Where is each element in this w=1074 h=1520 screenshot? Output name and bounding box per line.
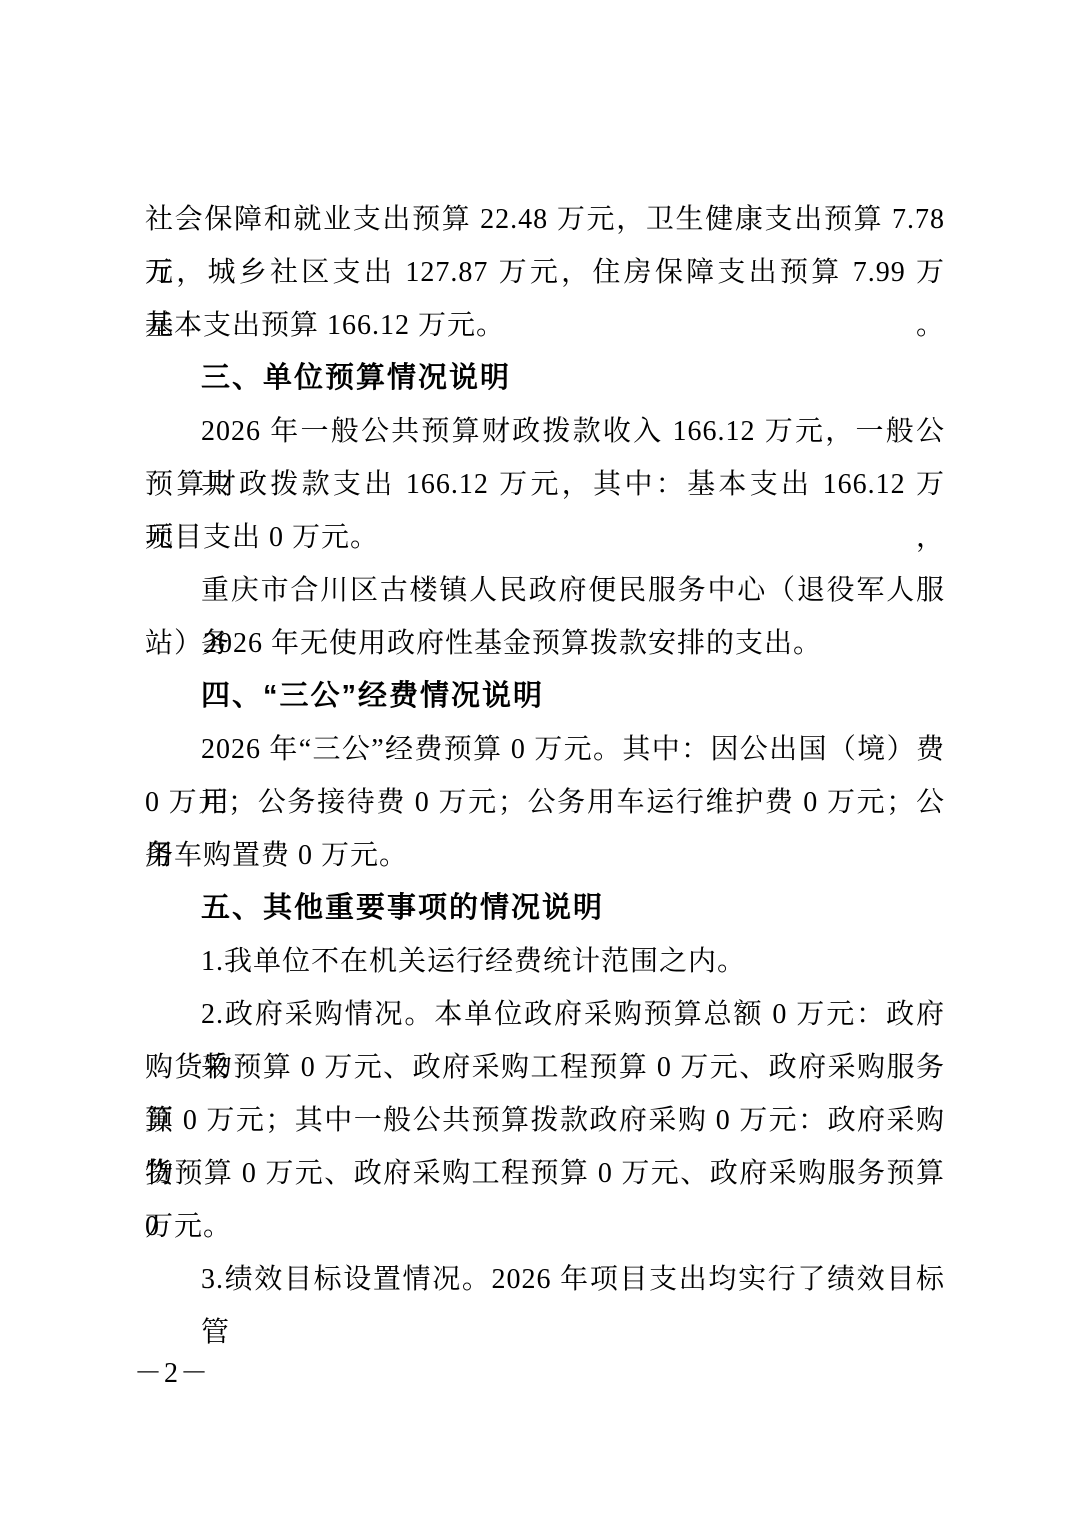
paragraph-line: 0 万元；公务接待费 0 万元；公务用车运行维护费 0 万元；公务 [145,776,945,829]
page-number: －2－ [134,1360,210,1388]
paragraph-line: 购货物预算 0 万元、政府采购工程预算 0 万元、政府采购服务预 [145,1041,945,1094]
paragraph-line: 2026 年“三公”经费预算 0 万元。其中：因公出国（境）费用 [145,723,945,776]
document-page: 社会保障和就业支出预算 22.48 万元，卫生健康支出预算 7.78 万 元，城… [0,0,1074,1520]
section-heading-unit-budget: 三、单位预算情况说明 [145,352,945,405]
paragraph-line: 1.我单位不在机关运行经费统计范围之内。 [145,935,945,988]
paragraph-line: 算 0 万元；其中一般公共预算拨款政府采购 0 万元：政府采购货 [145,1094,945,1147]
paragraph-line: 3.绩效目标设置情况。2026 年项目支出均实行了绩效目标管 [145,1253,945,1306]
document-body: 社会保障和就业支出预算 22.48 万元，卫生健康支出预算 7.78 万 元，城… [145,193,945,1306]
paragraph-line: 社会保障和就业支出预算 22.48 万元，卫生健康支出预算 7.78 万 [145,193,945,246]
section-heading-other-important-items: 五、其他重要事项的情况说明 [145,882,945,935]
paragraph-line: 万元。 [145,1200,945,1253]
paragraph-line: 2026 年一般公共预算财政拨款收入 166.12 万元，一般公共 [145,405,945,458]
paragraph-line: 物预算 0 万元、政府采购工程预算 0 万元、政府采购服务预算 0 [145,1147,945,1200]
paragraph-line: 重庆市合川区古楼镇人民政府便民服务中心（退役军人服务 [145,564,945,617]
paragraph-line: 预算财政拨款支出 166.12 万元，其中：基本支出 166.12 万元， [145,458,945,511]
section-heading-three-public-funds: 四、“三公”经费情况说明 [145,670,945,723]
paragraph-line: 用车购置费 0 万元。 [145,829,945,882]
paragraph-line: 元，城乡社区支出 127.87 万元，住房保障支出预算 7.99 万元。 [145,246,945,299]
paragraph-line: 站）2026 年无使用政府性基金预算拨款安排的支出。 [145,617,945,670]
paragraph-line: 2.政府采购情况。本单位政府采购预算总额 0 万元：政府采 [145,988,945,1041]
